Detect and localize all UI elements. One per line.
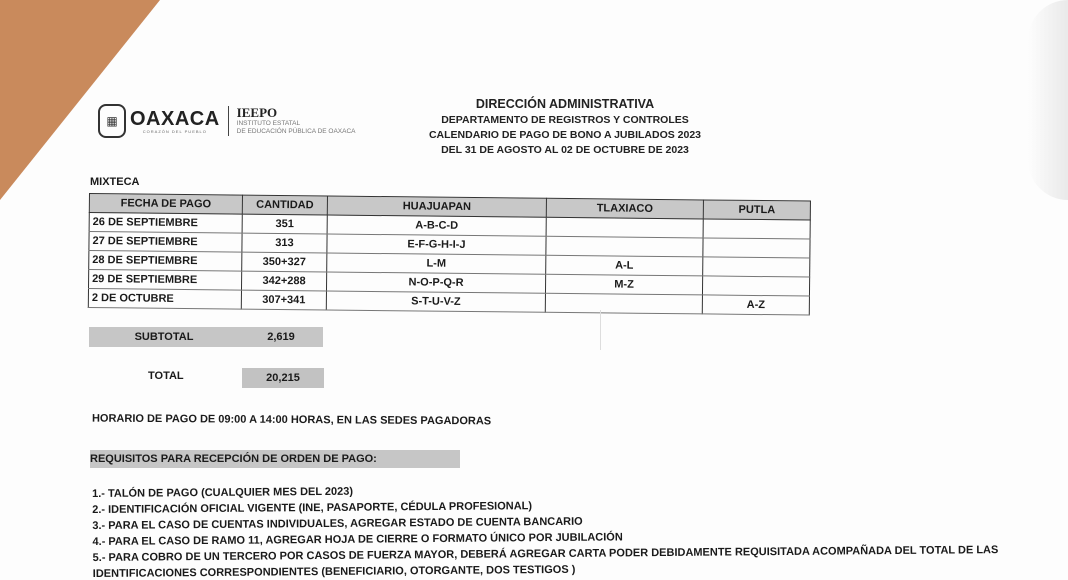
subtotal-value: 2,619 [239,331,323,343]
cell-cantidad: 342+288 [241,271,326,291]
cell-tlaxiaco: A-L [546,255,703,276]
cell-fecha: 29 DE SEPTIEMBRE [88,270,241,291]
cell-fecha: 28 DE SEPTIEMBRE [89,251,242,272]
heading-departamento: DEPARTAMENTO DE REGISTROS Y CONTROLES [410,113,720,128]
oaxaca-ieepo-logo: ▦ OAXACA CORAZÓN DEL PUEBLO IEEPO INSTIT… [98,104,356,138]
oaxaca-wordmark: OAXACA CORAZÓN DEL PUEBLO [130,109,220,134]
heading-periodo: DEL 31 DE AGOSTO AL 02 DE OCTUBRE DE 202… [410,143,720,158]
logo-divider [228,106,229,136]
oaxaca-tagline: CORAZÓN DEL PUEBLO [130,129,220,134]
cell-tlaxiaco [545,293,702,314]
col-putla: PUTLA [703,200,810,220]
page-shadow [1028,0,1068,200]
cell-cantidad: 351 [242,214,327,234]
col-huajuapan: HUAJUAPAN [327,196,546,217]
cell-cantidad: 307+341 [241,290,326,310]
cell-huajuapan: E-F-G-H-I-J [327,234,546,255]
region-label: MIXTECA [90,176,140,188]
cell-putla [703,257,810,277]
col-cantidad: CANTIDAD [242,195,327,215]
ieepo-wordmark: IEEPO INSTITUTO ESTATAL DE EDUCACIÓN PÚB… [237,106,356,136]
cell-huajuapan: S-T-U-V-Z [326,291,545,312]
cell-fecha: 27 DE SEPTIEMBRE [89,232,242,253]
heading-direccion: DIRECCIÓN ADMINISTRATIVA [410,96,720,113]
cell-putla: A-Z [702,295,809,315]
cell-putla [702,276,809,296]
oaxaca-name: OAXACA [130,109,220,129]
cell-cantidad: 313 [242,233,327,253]
ieepo-line1: INSTITUTO ESTATAL [237,120,356,128]
cell-huajuapan: A-B-C-D [327,215,546,236]
cell-tlaxiaco: M-Z [545,274,702,295]
cell-huajuapan: N-O-P-Q-R [326,272,545,293]
cell-fecha: 26 DE SEPTIEMBRE [89,213,242,234]
cell-tlaxiaco [546,217,703,238]
ieepo-name: IEEPO [237,106,356,120]
requirements-list: 1.- TALÓN DE PAGO (CUALQUIER MES DEL 202… [92,478,999,580]
cell-huajuapan: L-M [327,253,546,274]
oaxaca-shield-icon: ▦ [98,104,126,138]
cell-cantidad: 350+327 [242,252,327,272]
cell-putla [703,219,810,239]
payment-schedule-table: FECHA DE PAGO CANTIDAD HUAJUAPAN TLAXIAC… [88,193,811,316]
col-tlaxiaco: TLAXIACO [546,198,703,219]
requirements-title: REQUISITOS PARA RECEPCIÓN DE ORDEN DE PA… [90,450,460,468]
payment-hours: HORARIO DE PAGO DE 09:00 A 14:00 HORAS, … [92,413,491,428]
background-surface [0,0,160,200]
subtotal-label: SUBTOTAL [89,331,239,343]
subtotal-row: SUBTOTAL 2,619 [89,327,323,347]
total-value: 20,215 [242,368,324,388]
document-heading: DIRECCIÓN ADMINISTRATIVA DEPARTAMENTO DE… [410,96,720,158]
ieepo-line2: DE EDUCACIÓN PÚBLICA DE OAXACA [237,128,356,136]
cell-tlaxiaco [546,236,703,257]
heading-calendario: CALENDARIO DE PAGO DE BONO A JUBILADOS 2… [410,128,720,143]
total-label: TOTAL [148,370,184,382]
col-fecha: FECHA DE PAGO [89,194,242,215]
cell-putla [703,238,810,258]
cell-fecha: 2 DE OCTUBRE [88,289,241,310]
paper-mark [600,310,601,350]
